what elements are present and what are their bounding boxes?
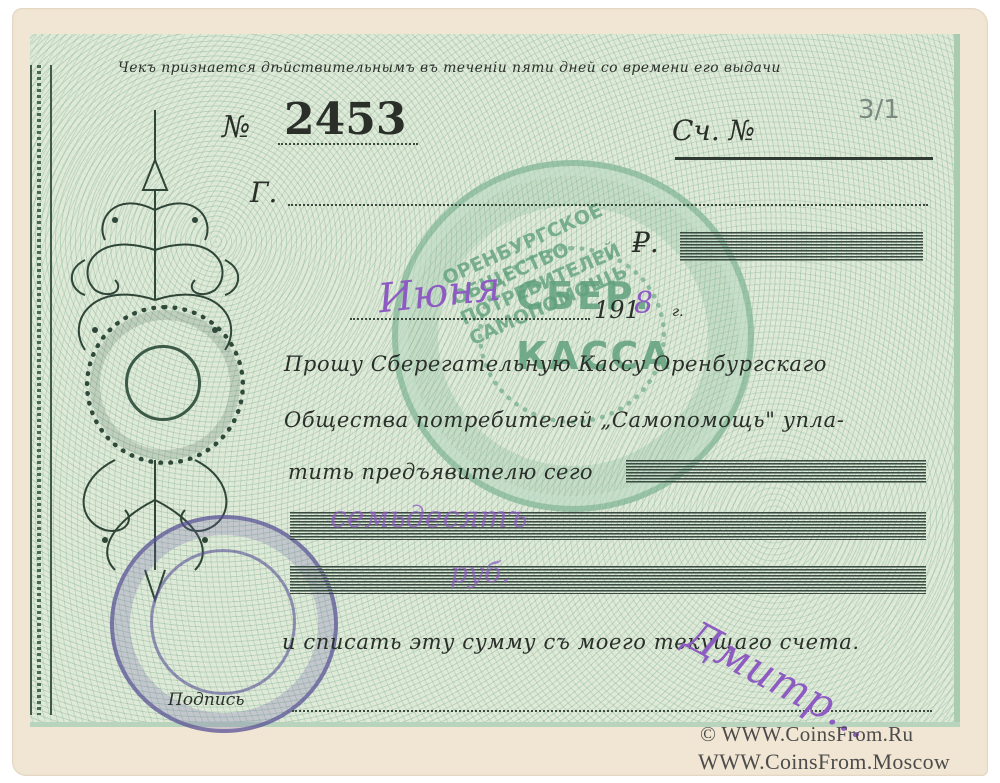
handwritten-amount-words: семьдесятъ — [330, 500, 528, 535]
handwritten-currency: руб. — [450, 556, 510, 589]
number-label: № — [222, 110, 250, 145]
signature-label: Подпись — [168, 690, 245, 710]
dark-seal-inner — [125, 345, 201, 421]
dark-society-seal — [85, 305, 245, 465]
year-handwritten: 8 — [634, 286, 653, 321]
amount-words-field-2[interactable] — [290, 566, 926, 594]
number-dotted-line — [278, 143, 418, 145]
amount-field[interactable] — [680, 232, 923, 262]
city-dotted-line — [288, 204, 928, 206]
bearer-field[interactable] — [626, 460, 926, 484]
validity-note: Чекъ признается дѣйствительнымъ въ течен… — [118, 60, 781, 76]
city-label: Г. — [250, 176, 277, 209]
watermark-line-1: © WWW.CoinsFrom.Ru — [700, 722, 913, 747]
account-label: Сч. № — [672, 114, 755, 147]
left-ornamental-border — [30, 65, 52, 715]
account-line — [675, 157, 933, 160]
body-line-3: тить предъявителю сего — [288, 460, 593, 484]
check-number: 2453 — [284, 94, 406, 145]
year-printed: 191 — [594, 296, 640, 324]
amount-label: ₽. — [632, 226, 659, 259]
purple-stamp-inner — [150, 549, 296, 695]
watermark-line-2: WWW.CoinsFrom.Moscow — [698, 749, 950, 775]
account-mark: 3/1 — [858, 95, 900, 125]
body-line-2: Общества потребителей „Самопомощь" упла- — [284, 408, 844, 432]
body-line-1: Прошу Сберегательную Кассу Оренбургскаго — [284, 352, 827, 376]
year-suffix: г. — [672, 304, 684, 320]
date-dotted-line — [350, 318, 590, 320]
right-frame-border — [954, 34, 960, 726]
